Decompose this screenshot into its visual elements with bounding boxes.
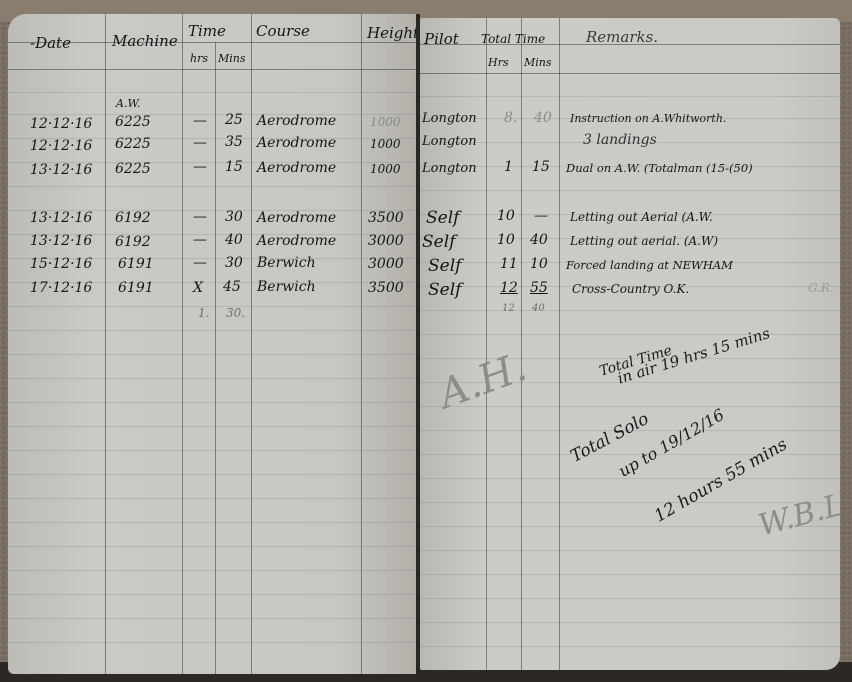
- row-pilot: Self: [428, 280, 461, 300]
- row-hrs: —: [193, 113, 207, 129]
- row-date: 13·12·16: [30, 233, 92, 249]
- row-machine: 6225: [115, 161, 151, 177]
- row-pilot: Longton: [422, 111, 477, 126]
- row-mins: 35: [225, 134, 243, 150]
- subheader-rule: [8, 69, 418, 70]
- row-hrs: —: [193, 209, 207, 225]
- row-machine: 6192: [115, 234, 151, 250]
- row-height: 1000: [370, 162, 401, 176]
- row-pilot: Self: [422, 232, 455, 252]
- rule-line: [8, 498, 418, 499]
- rule-line: [8, 92, 418, 93]
- row-pilot: Longton: [422, 161, 477, 176]
- row-hrs: —: [193, 159, 207, 175]
- rule-line: [8, 186, 418, 187]
- row-mins: 40: [225, 232, 243, 248]
- rule-line: [8, 114, 418, 115]
- row-mins: 30: [225, 255, 243, 271]
- column-divider: [361, 14, 362, 674]
- header-remarks: Remarks.: [586, 28, 658, 46]
- row-date: 17·12·16: [30, 280, 92, 296]
- rule-line: [420, 574, 840, 575]
- rule-line: [420, 96, 840, 97]
- row-hrs: X: [193, 280, 203, 296]
- rule-line: [8, 570, 418, 571]
- subheader-rule: [420, 73, 840, 74]
- header-total-hrs: Hrs: [488, 56, 509, 69]
- rule-line: [8, 450, 418, 451]
- row-height: 3000: [368, 256, 404, 272]
- row-total-hrs: 10: [497, 208, 515, 224]
- row-mins: 45: [223, 279, 241, 295]
- row-date: 12·12·16: [30, 116, 92, 132]
- row-total-mins: 40: [530, 232, 548, 248]
- row-total-mins: 15: [532, 159, 550, 175]
- row-mins: 15: [225, 159, 243, 175]
- rule-line: [8, 378, 418, 379]
- rule-line: [420, 334, 840, 335]
- row-machine: 6225: [115, 114, 151, 130]
- column-divider: [251, 14, 252, 674]
- row-total-mins: 40: [534, 110, 552, 126]
- row-course: Berwich: [257, 255, 316, 271]
- header-time: Time: [188, 22, 226, 40]
- row-remarks: Dual on A.W. (Totalman (15-(50): [566, 161, 753, 175]
- rule-line: [8, 474, 418, 475]
- header-time-mins: Mins: [218, 52, 246, 65]
- header-course: Course: [256, 22, 310, 40]
- row-height: 1000: [370, 115, 401, 129]
- column-divider: [182, 14, 183, 674]
- header-pilot: Pilot: [424, 30, 459, 48]
- rule-line: [420, 310, 840, 311]
- rule-line: [420, 478, 840, 479]
- rule-line: [420, 646, 840, 647]
- rule-line: [8, 330, 418, 331]
- header-height: Height: [367, 24, 418, 42]
- subtotal-hrs: 12: [502, 303, 515, 314]
- rule-line: [8, 594, 418, 595]
- column-divider: [559, 18, 560, 670]
- row-pilot: Self: [426, 208, 459, 228]
- rule-line: [8, 402, 418, 403]
- row-total-hrs: 8.: [504, 110, 517, 126]
- row-remarks: 3 landings: [583, 132, 657, 148]
- row-height: 1000: [370, 137, 401, 151]
- rule-line: [8, 618, 418, 619]
- row-pilot: Longton: [422, 134, 477, 149]
- rule-line: [420, 550, 840, 551]
- column-divider: [521, 18, 522, 670]
- row-course: Aerodrome: [257, 233, 336, 249]
- column-divider: [486, 18, 487, 670]
- row-mins: 25: [225, 112, 243, 128]
- rule-line: [8, 306, 418, 307]
- rule-line: [420, 598, 840, 599]
- rule-line: [8, 426, 418, 427]
- row-remarks: Instruction on A.Whitworth.: [570, 112, 726, 125]
- machine-type-note: A.W.: [116, 97, 140, 110]
- row-hrs: —: [193, 135, 207, 151]
- row-remarks: Cross-Country O.K.: [572, 282, 689, 296]
- subtotal-mins: 40: [532, 303, 545, 314]
- rule-line: [8, 354, 418, 355]
- header-machine: Machine: [112, 32, 178, 50]
- rule-line: [8, 522, 418, 523]
- row-hrs: —: [193, 255, 207, 271]
- left-page: -Date Machine Time hrs Mins Course Heigh…: [8, 14, 418, 674]
- header-total-mins: Mins: [524, 56, 552, 69]
- column-divider: [215, 42, 216, 674]
- row-course: Aerodrome: [257, 135, 336, 151]
- row-remarks: Forced landing at NEWHAM: [566, 258, 733, 272]
- row-total-hrs: 11: [500, 256, 518, 272]
- rule-line: [8, 546, 418, 547]
- header-time-hrs: hrs: [190, 52, 208, 65]
- row-total-hrs: 10: [497, 232, 515, 248]
- row-total-mins: 55: [530, 280, 548, 296]
- row-total-mins: 10: [530, 256, 548, 272]
- column-divider: [105, 14, 106, 674]
- row-date: 12·12·16: [30, 138, 92, 154]
- row-machine: 6225: [115, 136, 151, 152]
- row-mins: 30: [225, 209, 243, 225]
- rule-line: [420, 190, 840, 191]
- row-remarks: Letting out aerial. (A.W): [570, 234, 718, 248]
- row-total-mins: —: [534, 208, 548, 224]
- row-course: Aerodrome: [257, 210, 336, 226]
- row-machine: 6191: [118, 256, 154, 272]
- row-height: 3500: [368, 280, 404, 296]
- row-total-hrs: 12: [500, 280, 518, 296]
- subtotal-mins: 30.: [226, 306, 245, 320]
- right-page: Pilot Total Time Hrs Mins Remarks. Longt…: [420, 18, 840, 670]
- rule-line: [8, 642, 418, 643]
- header-total-time: Total Time: [481, 32, 545, 46]
- subtotal-hrs: 1.: [198, 306, 209, 320]
- row-height: 3500: [368, 210, 404, 226]
- row-course: Berwich: [257, 279, 316, 295]
- row-date: 15·12·16: [30, 256, 92, 272]
- row-date: 13·12·16: [30, 162, 92, 178]
- row-course: Aerodrome: [257, 113, 336, 129]
- row-machine: 6191: [118, 280, 154, 296]
- row-total-hrs: 1: [504, 159, 513, 175]
- header-date: -Date: [30, 34, 71, 52]
- row-height: 3000: [368, 233, 404, 249]
- row-remarks: Letting out Aerial (A.W.: [570, 210, 713, 224]
- row-hrs: —: [193, 232, 207, 248]
- row-course: Aerodrome: [257, 160, 336, 176]
- row-date: 13·12·16: [30, 210, 92, 226]
- faint-mark: G.R.: [808, 281, 834, 295]
- row-machine: 6192: [115, 210, 151, 226]
- rule-line: [420, 622, 840, 623]
- row-pilot: Self: [428, 256, 461, 276]
- rule-line: [420, 406, 840, 407]
- pencil-signature-right: W.B.L: [755, 487, 840, 543]
